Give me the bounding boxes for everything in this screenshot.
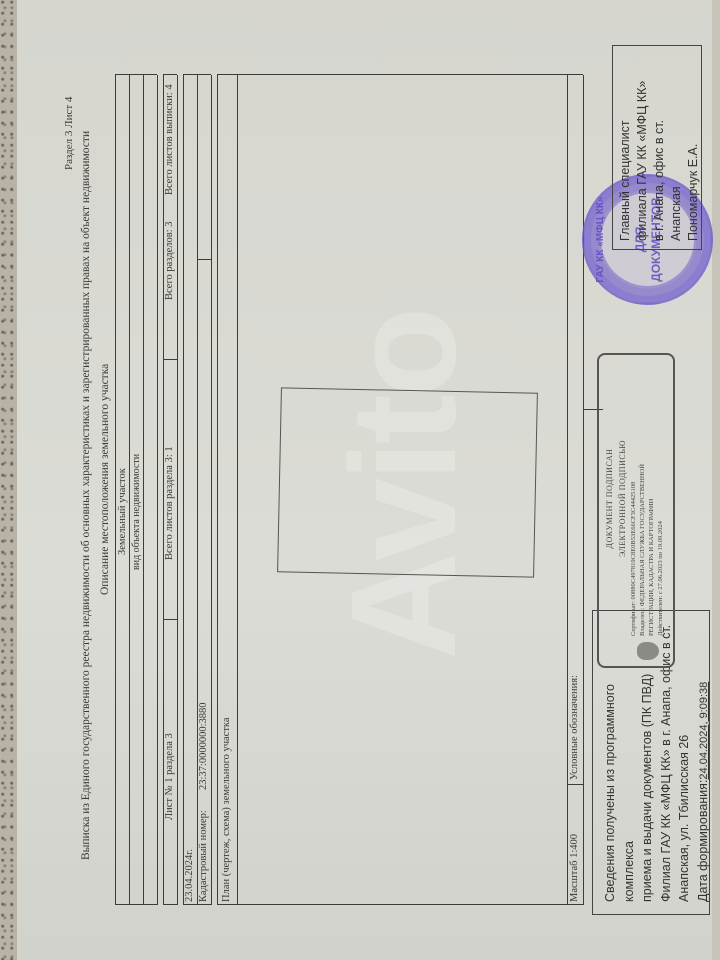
formation-date-value: 24.04.2024, 9:09:38	[698, 682, 710, 780]
object-type: Земельный участок	[117, 468, 128, 555]
cadastral-label: Кадастровый номер:	[198, 810, 209, 902]
sheets-in-section: Всего листов раздела 3: 1	[164, 446, 175, 560]
specialist-line: в г. Анапа, офис в ст.	[651, 54, 668, 241]
legend-label: Условные обозначения:	[569, 675, 580, 780]
info-line: Анапская, ул. Тбилисская 26	[675, 623, 694, 902]
specialist-name: Пономарчук Е.А.	[685, 54, 702, 241]
extract-page: Avito Раздел 3 Лист 4 Выписка из Единого…	[17, 0, 712, 960]
coat-of-arms-icon	[637, 642, 659, 660]
object-type-caption: вид объекта недвижимости	[131, 454, 142, 570]
document-subtitle: Описание местоположения земельного участ…	[99, 364, 111, 595]
total-sheets: Всего листов выписки: 4	[164, 84, 175, 195]
formation-date: Дата формирования:24.04.2024, 9:09:38	[694, 623, 714, 902]
specialist-box: Главный специалист филиала ГАУ КК «МФЦ К…	[612, 45, 702, 250]
land-plot-outline	[277, 387, 538, 577]
extract-date: 23.04.2024г.	[184, 849, 195, 902]
signature-title: ДОКУМЕНТ ПОДПИСАН	[603, 361, 616, 636]
section-label: Раздел 3 Лист 4	[63, 97, 75, 170]
document-title: Выписка из Единого государственного реес…	[80, 131, 92, 860]
electronic-signature-box: ДОКУМЕНТ ПОДПИСАН ЭЛЕКТРОННОЙ ПОДПИСЬЮ С…	[597, 353, 675, 668]
signature-owner-cont: РЕГИСТРАЦИИ, КАДАСТРА И КАРТОГРАФИИ	[647, 361, 656, 636]
countertop-background	[0, 0, 17, 960]
countertop-edge	[712, 0, 720, 960]
signature-owner: Владелец: ФЕДЕРАЛЬНАЯ СЛУЖБА ГОСУДАРСТВЕ…	[638, 361, 647, 636]
signature-certificate: Сертификат: 00880C497819C8E0B53E66CF3C44…	[629, 361, 638, 636]
signature-validity: Действителен: с 27.06.2023 по 19.09.2024	[656, 361, 665, 636]
specialist-line: Главный специалист	[617, 54, 634, 241]
formation-date-label: Дата формирования:	[696, 780, 710, 902]
scale-label: Масштаб 1:400	[569, 834, 580, 902]
specialist-line: филиала ГАУ КК «МФЦ КК»	[634, 54, 651, 241]
stamp-top-text: ГАУ КК «МФЦ КК»	[595, 177, 606, 302]
signature-subtitle: ЭЛЕКТРОННОЙ ПОДПИСЬЮ	[616, 361, 629, 636]
plan-label: План (чертеж, схема) земельного участка	[221, 717, 232, 902]
cadastral-number: 23:37:0000000:3880	[198, 702, 209, 790]
specialist-line: Анапская	[668, 54, 685, 241]
sheet-number: Лист № 1 раздела 3	[164, 733, 175, 820]
total-sections: Всего разделов: 3	[164, 222, 175, 300]
